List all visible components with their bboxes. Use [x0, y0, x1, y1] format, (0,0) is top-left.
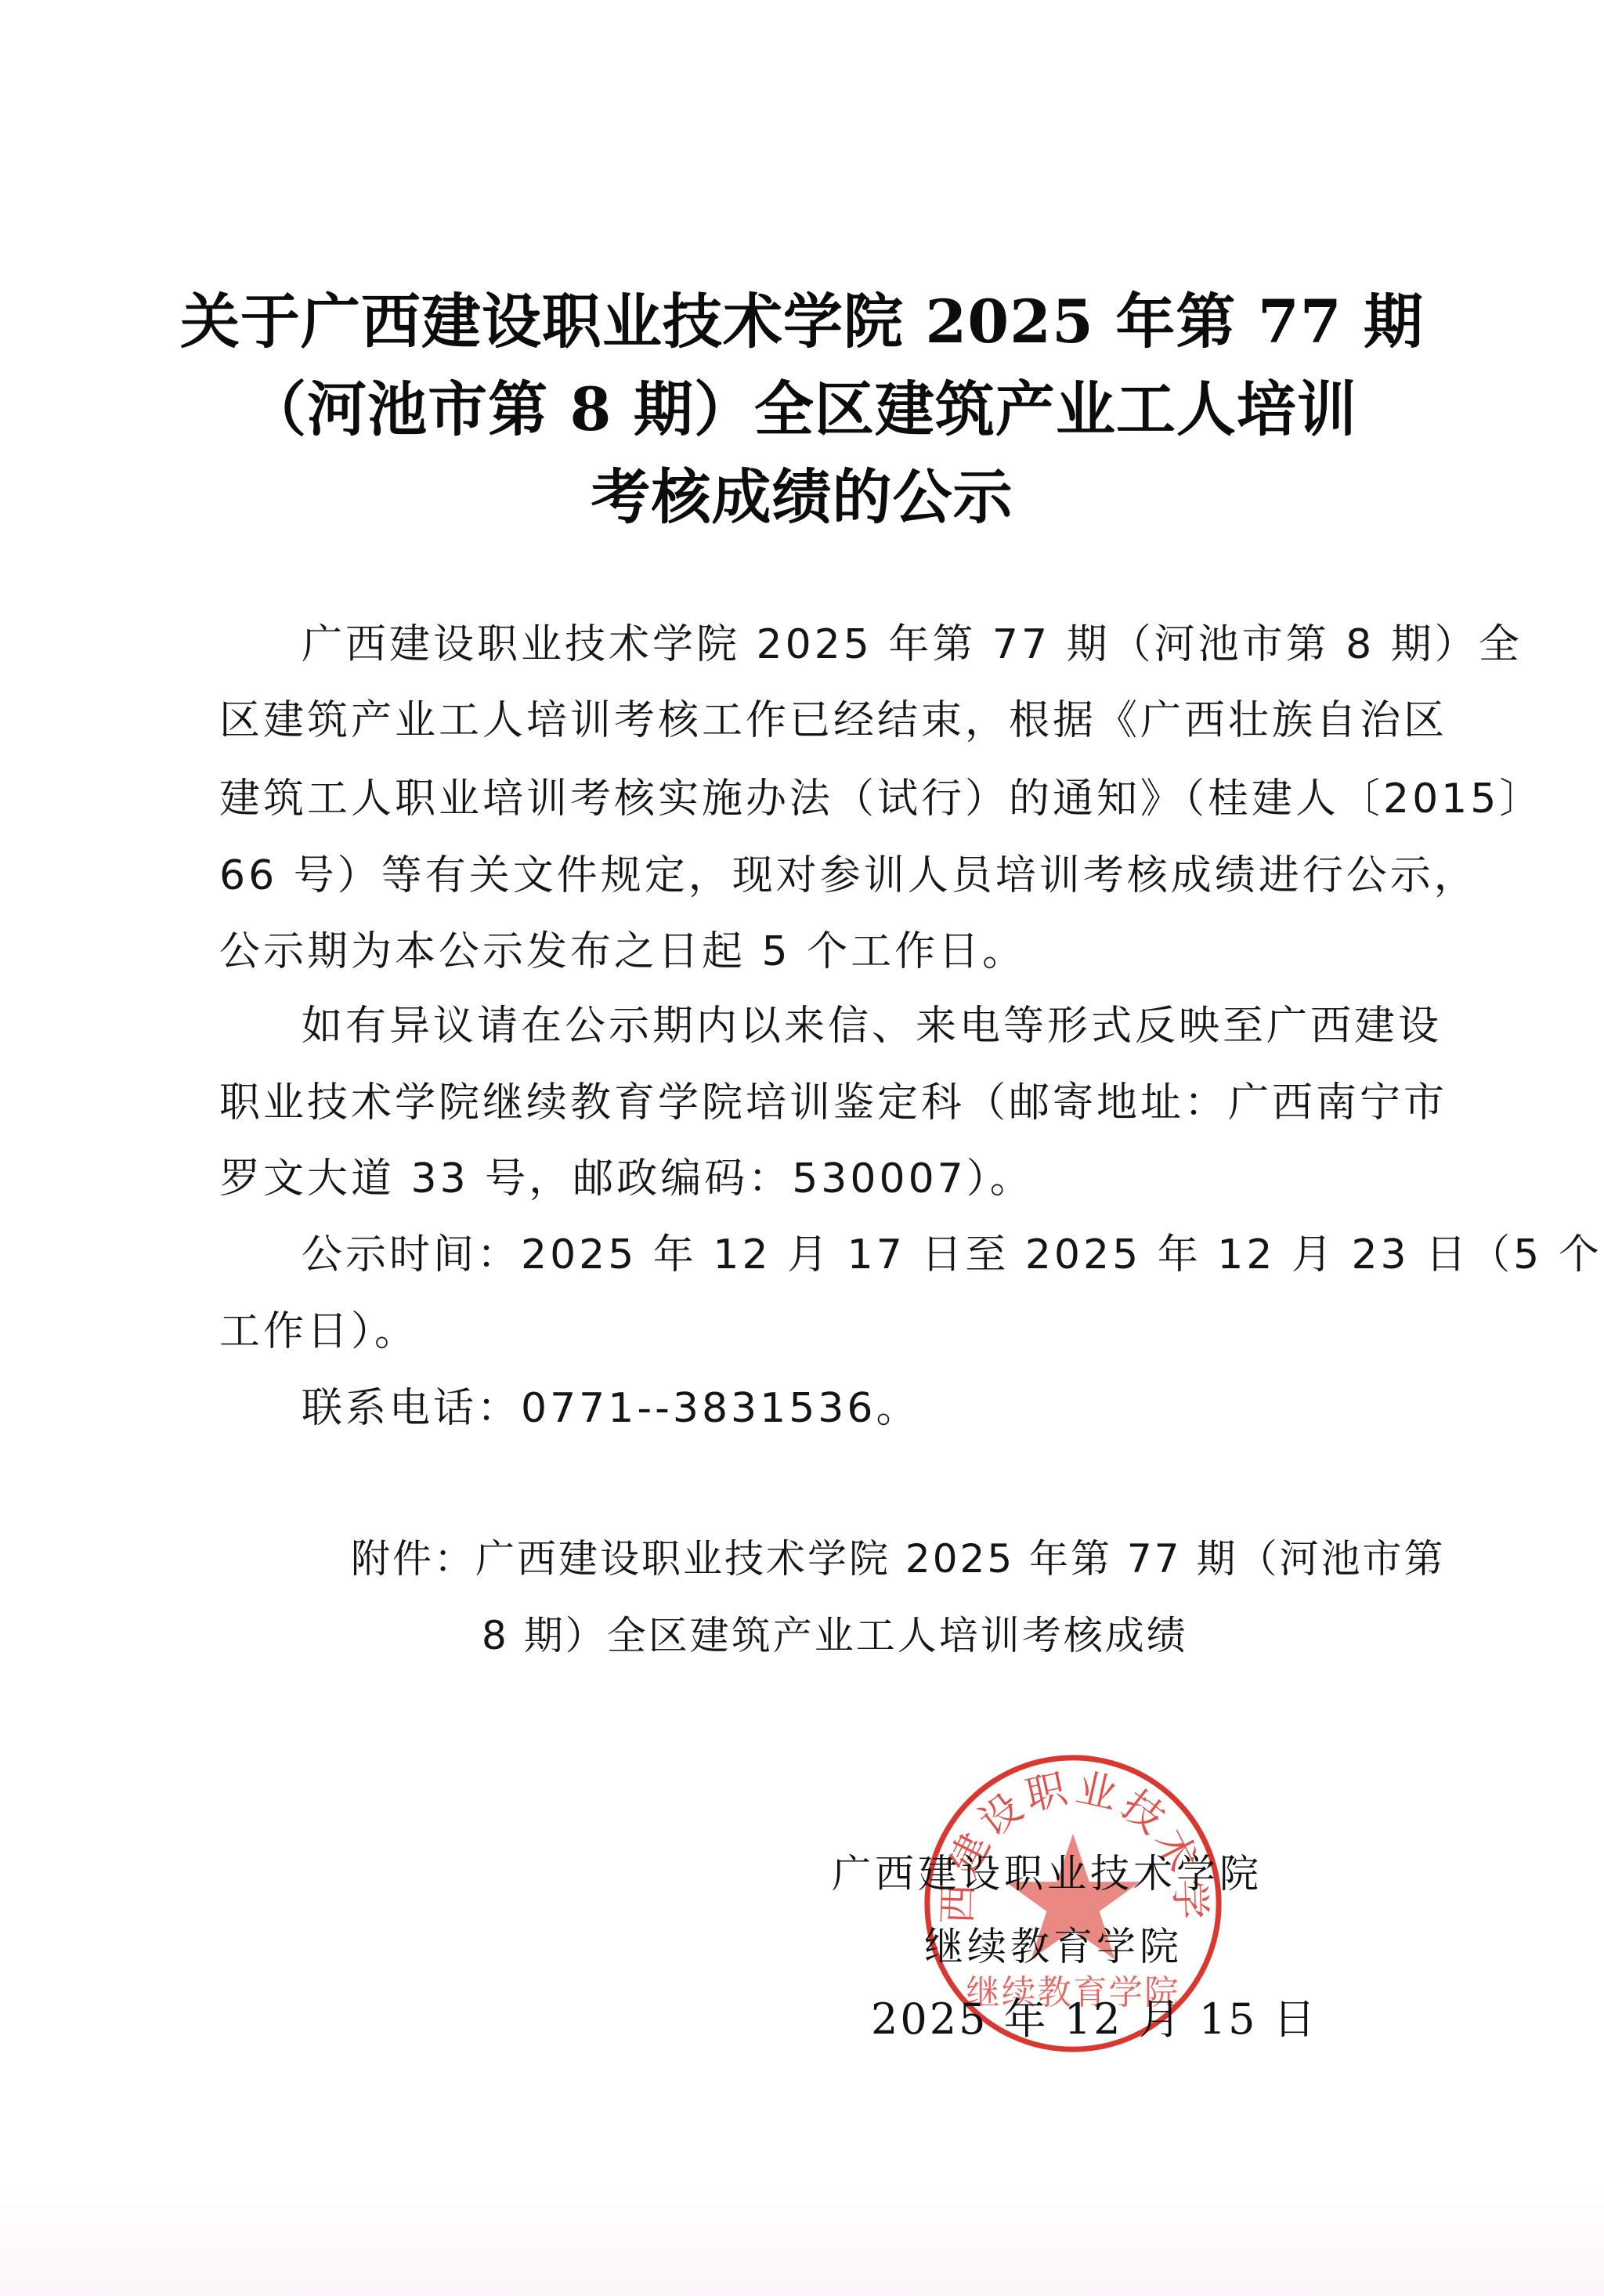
- attachment-line-2: 8 期）全区建筑产业工人培训考核成绩: [482, 1612, 1188, 1659]
- document-title: 关于广西建设职业技术学院 2025 年第 77 期 （河池市第 8 期）全区建筑…: [157, 278, 1447, 541]
- paragraph-1-line-3: 建筑工人职业培训考核实施办法（试行）的通知》（桂建人〔2015〕: [219, 776, 1425, 823]
- paragraph-1-line-4: 66 号）等有关文件规定，现对参训人员培训考核成绩进行公示，: [219, 852, 1425, 899]
- title-line-3: 考核成绩的公示: [157, 454, 1447, 541]
- paragraph-3-line-2: 工作日）。: [219, 1308, 1425, 1355]
- paragraph-1-line-5: 公示期为本公示发布之日起 5 个工作日。: [219, 928, 1425, 975]
- paragraph-2-line-3: 罗文大道 33 号，邮政编码：530007）。: [219, 1155, 1425, 1202]
- paragraph-3-line-1: 公示时间：2025 年 12 月 17 日至 2025 年 12 月 23 日（…: [302, 1231, 1429, 1278]
- title-line-1: 关于广西建设职业技术学院 2025 年第 77 期: [157, 278, 1447, 366]
- signature-org-line-1: 广西建设职业技术学院: [832, 1850, 1263, 1897]
- paragraph-1-line-2: 区建筑产业工人培训考核工作已经结束，根据《广西壮族自治区: [219, 697, 1425, 744]
- paragraph-1-line-1: 广西建设职业技术学院 2025 年第 77 期（河池市第 8 期）全: [302, 621, 1429, 668]
- signature-date: 2025 年 12 月 15 日: [871, 1996, 1318, 2043]
- contact-phone-line: 联系电话：0771--3831536。: [302, 1385, 1429, 1432]
- paragraph-2-line-1: 如有异议请在公示期内以来信、来电等形式反映至广西建设: [302, 1003, 1429, 1050]
- paragraph-2-line-2: 职业技术学院继续教育学院培训鉴定科（邮寄地址：广西南宁市: [219, 1079, 1425, 1126]
- attachment-line-1: 附件：广西建设职业技术学院 2025 年第 77 期（河池市第: [351, 1535, 1445, 1582]
- title-line-2: （河池市第 8 期）全区建筑产业工人培训: [157, 366, 1447, 454]
- document-page: 关于广西建设职业技术学院 2025 年第 77 期 （河池市第 8 期）全区建筑…: [0, 0, 1604, 2296]
- signature-org-line-2: 继续教育学院: [924, 1923, 1183, 1970]
